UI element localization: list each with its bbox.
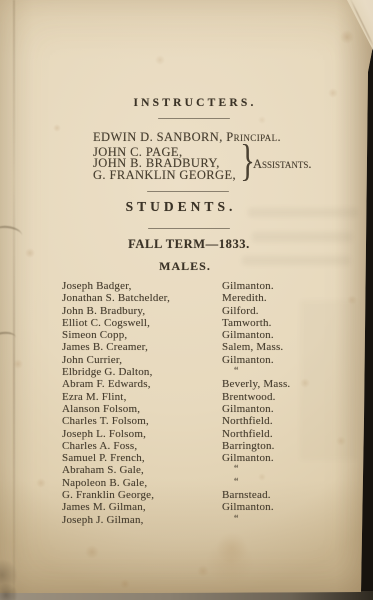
roster-row: Charles T. Folsom,Northfield. — [62, 415, 342, 427]
section-rule — [147, 191, 229, 192]
student-name: Simeon Copp, — [62, 329, 127, 341]
student-town: Northfield. — [222, 415, 273, 427]
roster-row: James M. Gilman,Gilmanton. — [62, 501, 342, 513]
roster-row: Napoleon B. Gale,“ — [62, 477, 342, 489]
student-name: James M. Gilman, — [62, 501, 146, 513]
roster-row: Alanson Folsom,Gilmanton. — [62, 403, 342, 415]
student-town: Tamworth. — [222, 317, 272, 329]
term-heading: FALL TERM—1833. — [14, 237, 364, 252]
ditto-mark: “ — [234, 477, 239, 489]
roster-row: John Currier,Gilmanton. — [62, 354, 342, 366]
roster-row: Joseph L. Folsom,Northfield. — [62, 428, 342, 440]
student-name: Abraham S. Gale, — [62, 464, 144, 476]
student-name: G. Franklin George, — [62, 489, 154, 501]
student-roster: Joseph Badger,Gilmanton. Jonathan S. Bat… — [62, 280, 342, 526]
student-town: Salem, Mass. — [222, 341, 283, 353]
assistant-names: JOHN C. PAGE, JOHN B. BRADBURY, G. FRANK… — [93, 147, 236, 181]
principal-name: EDWIN D. SANBORN, — [93, 130, 223, 144]
student-name: Joseph Badger, — [62, 280, 132, 292]
roster-row: Joseph J. Gilman,“ — [62, 514, 342, 526]
student-name: James B. Creamer, — [62, 341, 148, 353]
roster-row: Jonathan S. Batchelder,Meredith. — [62, 292, 342, 304]
student-name: Ezra M. Flint, — [62, 391, 127, 403]
roster-row: Elliot C. Cogswell,Tamworth. — [62, 317, 342, 329]
student-town: Gilmanton. — [222, 501, 274, 513]
student-town: Meredith. — [222, 292, 267, 304]
student-name: Elbridge G. Dalton, — [62, 366, 153, 378]
student-town: Brentwood. — [222, 391, 276, 403]
roster-row: John B. Bradbury,Gilford. — [62, 305, 342, 317]
section-rule — [158, 118, 230, 119]
roster-row: Elbridge G. Dalton,“ — [62, 366, 342, 378]
ditto-mark: “ — [234, 464, 239, 476]
roster-row: Joseph Badger,Gilmanton. — [62, 280, 342, 292]
ditto-mark: “ — [234, 514, 239, 526]
student-town: Gilmanton. — [222, 329, 274, 341]
instructors-heading: INSTRUCTERS. — [20, 97, 370, 109]
student-town: Gilmanton. — [222, 403, 274, 415]
student-name: Elliot C. Cogswell, — [62, 317, 150, 329]
student-name: Joseph J. Gilman, — [62, 514, 144, 526]
roster-row: Ezra M. Flint,Brentwood. — [62, 391, 342, 403]
assistant-name: G. FRANKLIN GEORGE, — [93, 170, 236, 181]
roster-row: Simeon Copp,Gilmanton. — [62, 329, 342, 341]
student-name: Samuel P. French, — [62, 452, 145, 464]
student-name: John Currier, — [62, 354, 122, 366]
printed-page-content: INSTRUCTERS. EDWIN D. SANBORN, Principal… — [0, 0, 373, 600]
student-name: Abram F. Edwards, — [62, 378, 151, 390]
student-town: Gilmanton. — [222, 354, 274, 366]
roster-row: Abraham S. Gale,“ — [62, 464, 342, 476]
student-town: Gilford. — [222, 305, 259, 317]
assistants-title: Assistants. — [253, 157, 311, 172]
group-heading: MALES. — [10, 259, 360, 274]
student-name: John B. Bradbury, — [62, 305, 145, 317]
roster-row: Samuel P. French,Gilmanton. — [62, 452, 342, 464]
student-town: Gilmanton. — [222, 452, 274, 464]
roster-row: Charles A. Foss,Barrington. — [62, 440, 342, 452]
students-heading: STUDENTS. — [6, 199, 356, 215]
student-town: Barnstead. — [222, 489, 271, 501]
student-name: Charles A. Foss, — [62, 440, 137, 452]
student-town: Gilmanton. — [222, 280, 274, 292]
student-town: Beverly, Mass. — [222, 378, 290, 390]
student-name: Jonathan S. Batchelder, — [62, 292, 170, 304]
roster-row: James B. Creamer,Salem, Mass. — [62, 341, 342, 353]
student-name: Joseph L. Folsom, — [62, 428, 146, 440]
student-town: Northfield. — [222, 428, 273, 440]
student-town: Barrington. — [222, 440, 275, 452]
section-rule — [148, 228, 230, 229]
student-name: Napoleon B. Gale, — [62, 477, 147, 489]
roster-row: G. Franklin George,Barnstead. — [62, 489, 342, 501]
ditto-mark: “ — [234, 366, 239, 378]
student-name: Alanson Folsom, — [62, 403, 140, 415]
roster-row: Abram F. Edwards,Beverly, Mass. — [62, 378, 342, 390]
student-name: Charles T. Folsom, — [62, 415, 149, 427]
